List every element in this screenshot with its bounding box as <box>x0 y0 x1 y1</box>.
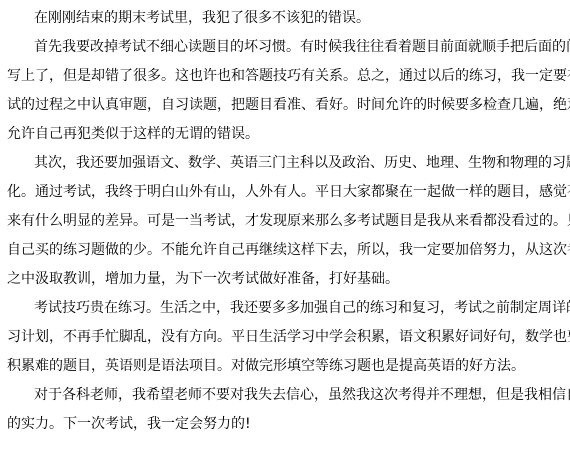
text-line: 其次，我还要加强语文、数学、英语三门主科以及政治、历史、地理、生物和物理的习题强 <box>7 149 563 178</box>
paragraph-carelessness: 首先我要改掉考试不细心读题目的坏习惯。有时候我往往看着题目前面就顺手把后面的问题… <box>7 33 563 149</box>
text-line: 来有什么明显的差异。可是一当考试，才发现原来那么多考试题目是我从来看都没看过的。… <box>7 207 563 236</box>
paragraph-teachers: 对于各科老师，我希望老师不要对我失去信心，虽然我这次考得并不理想，但是我相信自己… <box>7 381 563 439</box>
text-line: 考试技巧贵在练习。生活之中，我还要多多加强自己的练习和复习，考试之前制定周详的复 <box>7 294 563 323</box>
text-line: 习计划，不再手忙脚乱，没有方向。平日生活学习中学会积累，语文积累好词好句，数学也… <box>7 323 563 352</box>
text-line: 在刚刚结束的期末考试里，我犯了很多不该犯的错误。 <box>7 4 563 33</box>
text-line: 之中汲取教训，增加力量，为下一次考试做好准备，打好基础。 <box>7 265 563 294</box>
text-line: 自己买的练习题做的少。不能允许自己再继续这样下去，所以，我一定要加倍努力，从这次… <box>7 236 563 265</box>
text-line: 化。通过考试，我终于明白山外有山，人外有人。平日大家都聚在一起做一样的题目，感觉… <box>7 178 563 207</box>
text-line: 对于各科老师，我希望老师不要对我失去信心，虽然我这次考得并不理想，但是我相信自己 <box>7 381 563 410</box>
text-line: 的实力。下一次考试，我一定会努力的! <box>7 410 563 439</box>
text-line: 试的过程之中认真审题，自习读题，把题目看准、看好。时间允许的时候要多检查几遍，绝… <box>7 91 563 120</box>
paragraph-subjects: 其次，我还要加强语文、数学、英语三门主科以及政治、历史、地理、生物和物理的习题强… <box>7 149 563 294</box>
document-body: 在刚刚结束的期末考试里，我犯了很多不该犯的错误。 首先我要改掉考试不细心读题目的… <box>7 4 563 439</box>
text-line: 允许自己再犯类似于这样的无谓的错误。 <box>7 120 563 149</box>
text-line: 首先我要改掉考试不细心读题目的坏习惯。有时候我往往看着题目前面就顺手把后面的问题 <box>7 33 563 62</box>
paragraph-intro: 在刚刚结束的期末考试里，我犯了很多不该犯的错误。 <box>7 4 563 33</box>
text-line: 写上了，但是却错了很多。这也许也和答题技巧有关系。总之，通过以后的练习，我一定要… <box>7 62 563 91</box>
text-line: 积累难的题目，英语则是语法项目。对做完形填空等练习题也是提高英语的好方法。 <box>7 352 563 381</box>
paragraph-practice: 考试技巧贵在练习。生活之中，我还要多多加强自己的练习和复习，考试之前制定周详的复… <box>7 294 563 381</box>
